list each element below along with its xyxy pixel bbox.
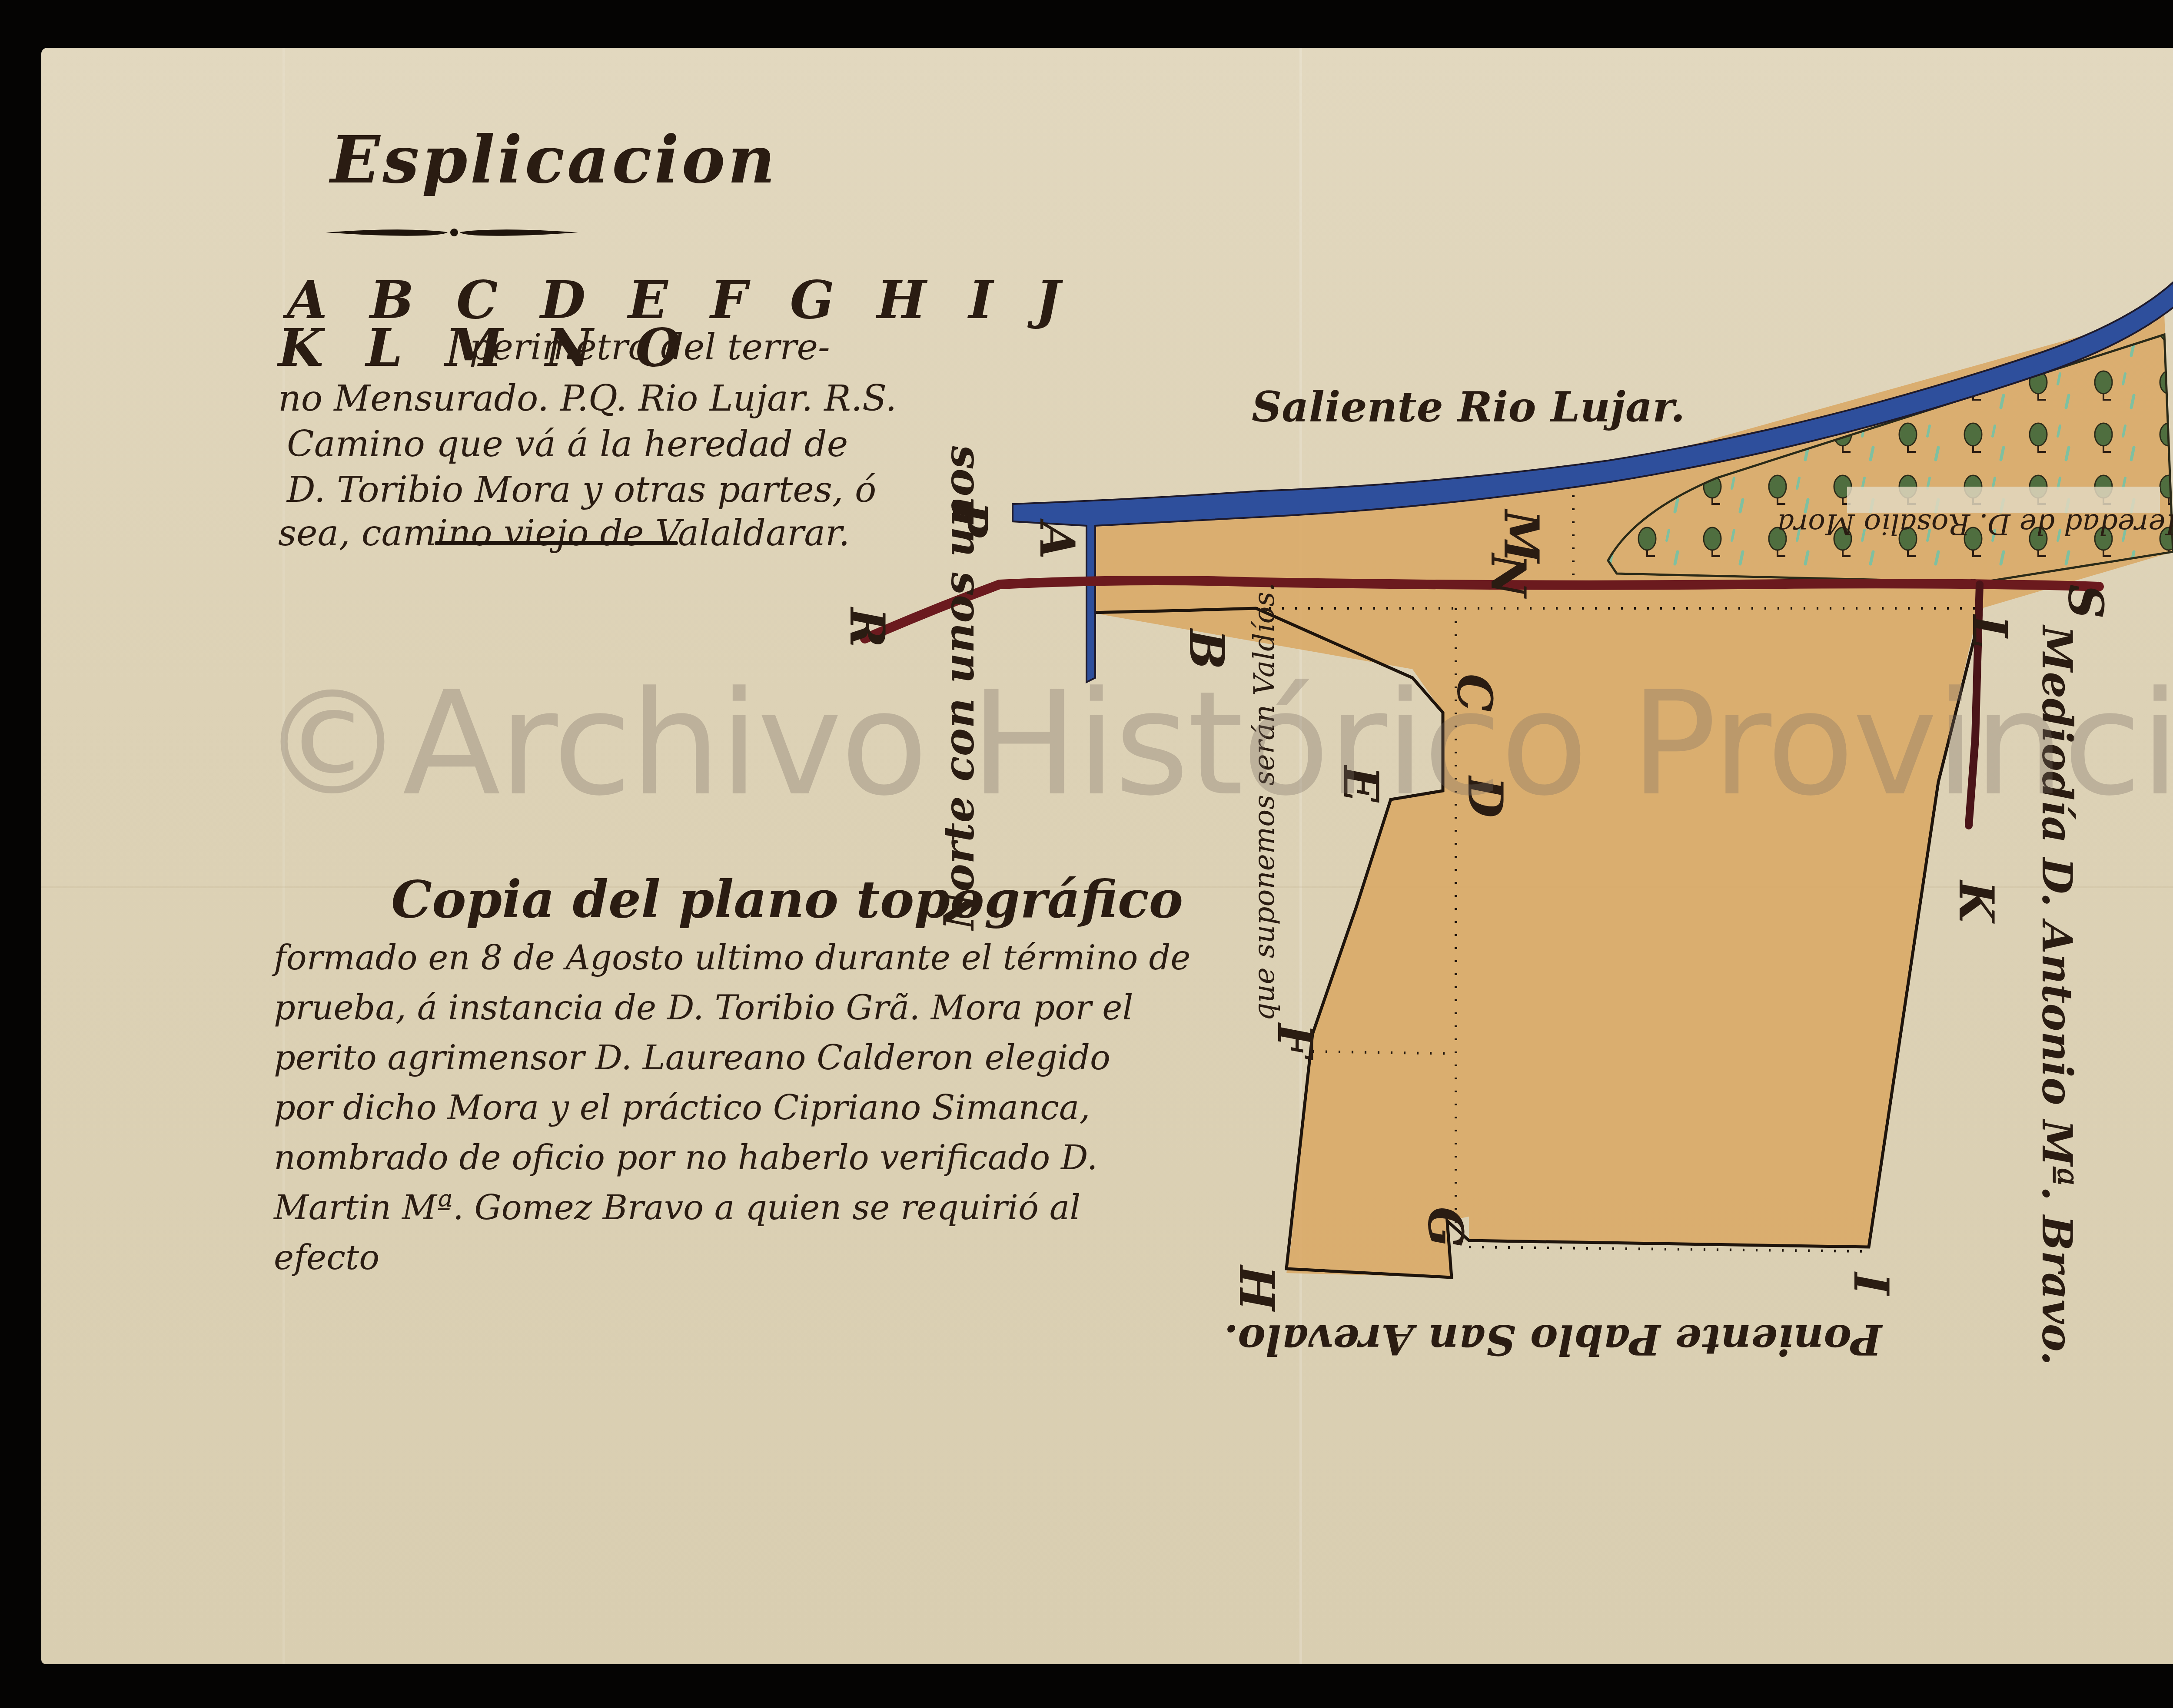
- point-letter: F: [1267, 1023, 1323, 1057]
- point-letter: H: [1229, 1266, 1285, 1311]
- point-letter: K: [1948, 881, 2004, 922]
- scale-bar-ticks: [0, 0, 2173, 1708]
- point-letter: R: [839, 608, 895, 647]
- point-letter: S: [2058, 584, 2114, 619]
- point-letter: P: [942, 501, 998, 537]
- point-letter: D: [1457, 776, 1513, 818]
- point-letter: C: [1447, 674, 1503, 712]
- point-letter: A: [1029, 522, 1085, 559]
- point-letter: G: [1418, 1207, 1474, 1248]
- label-heredad: Heredad de D. Rosalio Mora: [1777, 507, 2173, 541]
- point-letter: E: [1333, 766, 1389, 803]
- point-letter: B: [1179, 629, 1235, 670]
- point-letter: L: [1962, 615, 2018, 649]
- label-river: Saliente Rio Lujar.: [1252, 382, 1685, 431]
- label-south: Mediodía D. Antonio Mª. Bravo.: [2033, 626, 2082, 1366]
- label-west: Poniente Pablo San Arevalo.: [1224, 1315, 1882, 1364]
- point-letter: I: [1843, 1273, 1899, 1295]
- label-north-sub: que suponemos serán Valdíos.: [1247, 583, 1281, 1021]
- point-letter: N: [1480, 554, 1536, 597]
